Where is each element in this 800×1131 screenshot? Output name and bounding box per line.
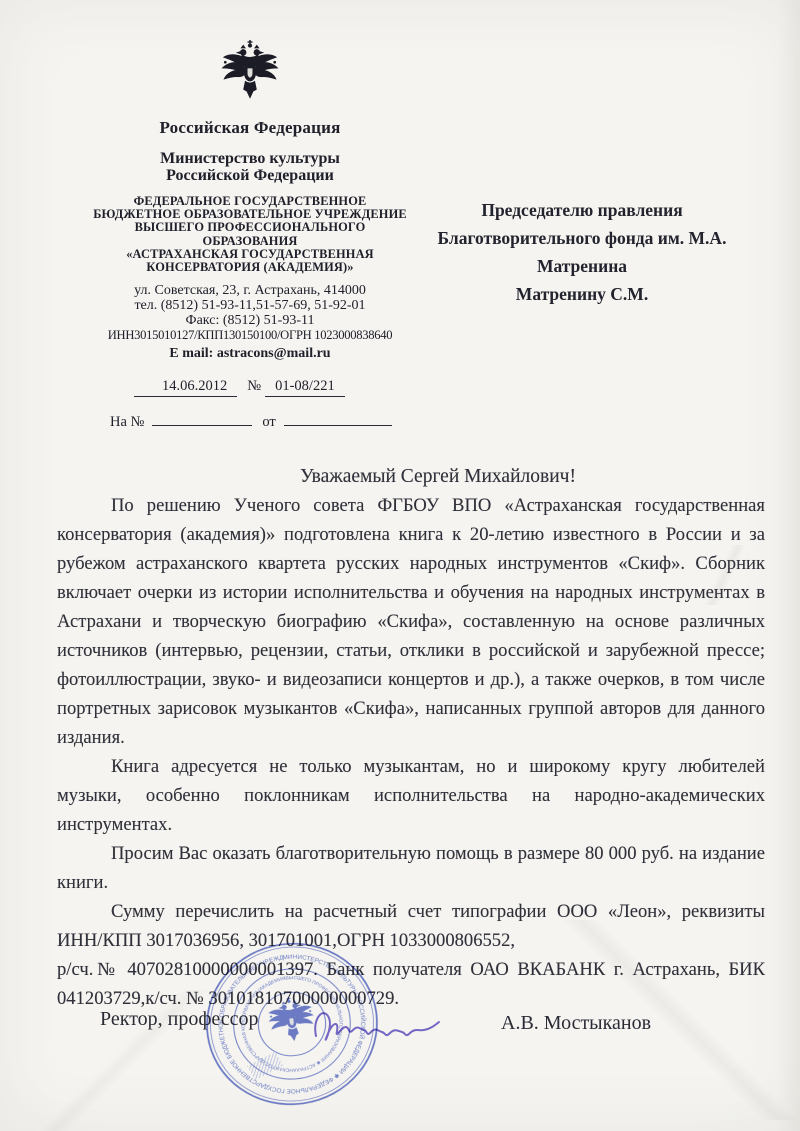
letterhead-country: Российская Федерация — [72, 118, 428, 138]
body-paragraph: По решению Ученого совета ФГБОУ ВПО «Аст… — [57, 491, 765, 752]
body-paragraph: Книга адресуется не только музыкантам, н… — [57, 752, 765, 839]
letterhead-email: E mail: astracons@mail.ru — [72, 346, 428, 361]
body-paragraph: Просим Вас оказать благотворительную пом… — [57, 839, 765, 897]
handwritten-signature — [312, 996, 442, 1056]
addressee-block: Председателю правления Благотворительног… — [398, 196, 766, 308]
letterhead-ministry-line: Министерство культуры — [72, 151, 428, 168]
letter-number: 01-08/221 — [265, 378, 345, 397]
letterhead-fax: Факс: (8512) 51-93-11 — [72, 313, 428, 328]
addressee-line: Благотворительного фонда им. М.А. — [398, 224, 766, 252]
letterhead-org-line: ВЫСШЕГО ПРОФЕССИОНАЛЬНОГО — [72, 221, 428, 234]
scanned-letter-page: Российская Федерация Министерство культу… — [0, 0, 800, 1131]
outgoing-date-row: 14.06.2012№01-08/221 — [72, 378, 428, 397]
letterhead-ministry-line: Российской Федерации — [72, 168, 428, 185]
letterhead-reg-codes: ИНН3015010127/КПП130150100/ОГРН 10230008… — [72, 328, 428, 343]
letterhead-org-line: ОБРАЗОВАНИЯ — [72, 235, 428, 248]
letter-body: Уважаемый Сергей Михайлович! По решению … — [57, 462, 765, 1013]
letterhead: Российская Федерация Министерство культу… — [72, 40, 428, 431]
body-paragraph: Сумму перечислить на расчетный счет типо… — [57, 897, 765, 955]
salutation: Уважаемый Сергей Михайлович! — [57, 462, 765, 491]
letterhead-org-line: КОНСЕРВАТОРИЯ (АКАДЕМИЯ)» — [72, 261, 428, 274]
ref-from-label: от — [262, 414, 275, 430]
stamp-eagle-icon — [266, 994, 317, 1044]
addressee-line: Председателю правления — [398, 196, 766, 224]
letterhead-phone: тел. (8512) 51-93-11,51-57-69, 51-92-01 — [72, 298, 428, 313]
signer-name: А.В. Мостыканов — [501, 1012, 651, 1035]
letter-date: 14.06.2012 — [134, 378, 237, 397]
stamp-hatch-block — [247, 1052, 283, 1080]
letterhead-address: ул. Советская, 23, г. Астрахань, 414000 — [72, 283, 428, 298]
coat-of-arms-icon — [219, 40, 281, 108]
ref-number-blank — [152, 412, 252, 426]
addressee-line: Матренину С.М. — [398, 280, 766, 308]
reference-row: На №от — [72, 412, 428, 431]
addressee-line: Матренина — [398, 252, 766, 280]
ref-label: На № — [110, 414, 144, 430]
number-sign: № — [247, 378, 261, 394]
ref-date-blank — [284, 412, 392, 426]
